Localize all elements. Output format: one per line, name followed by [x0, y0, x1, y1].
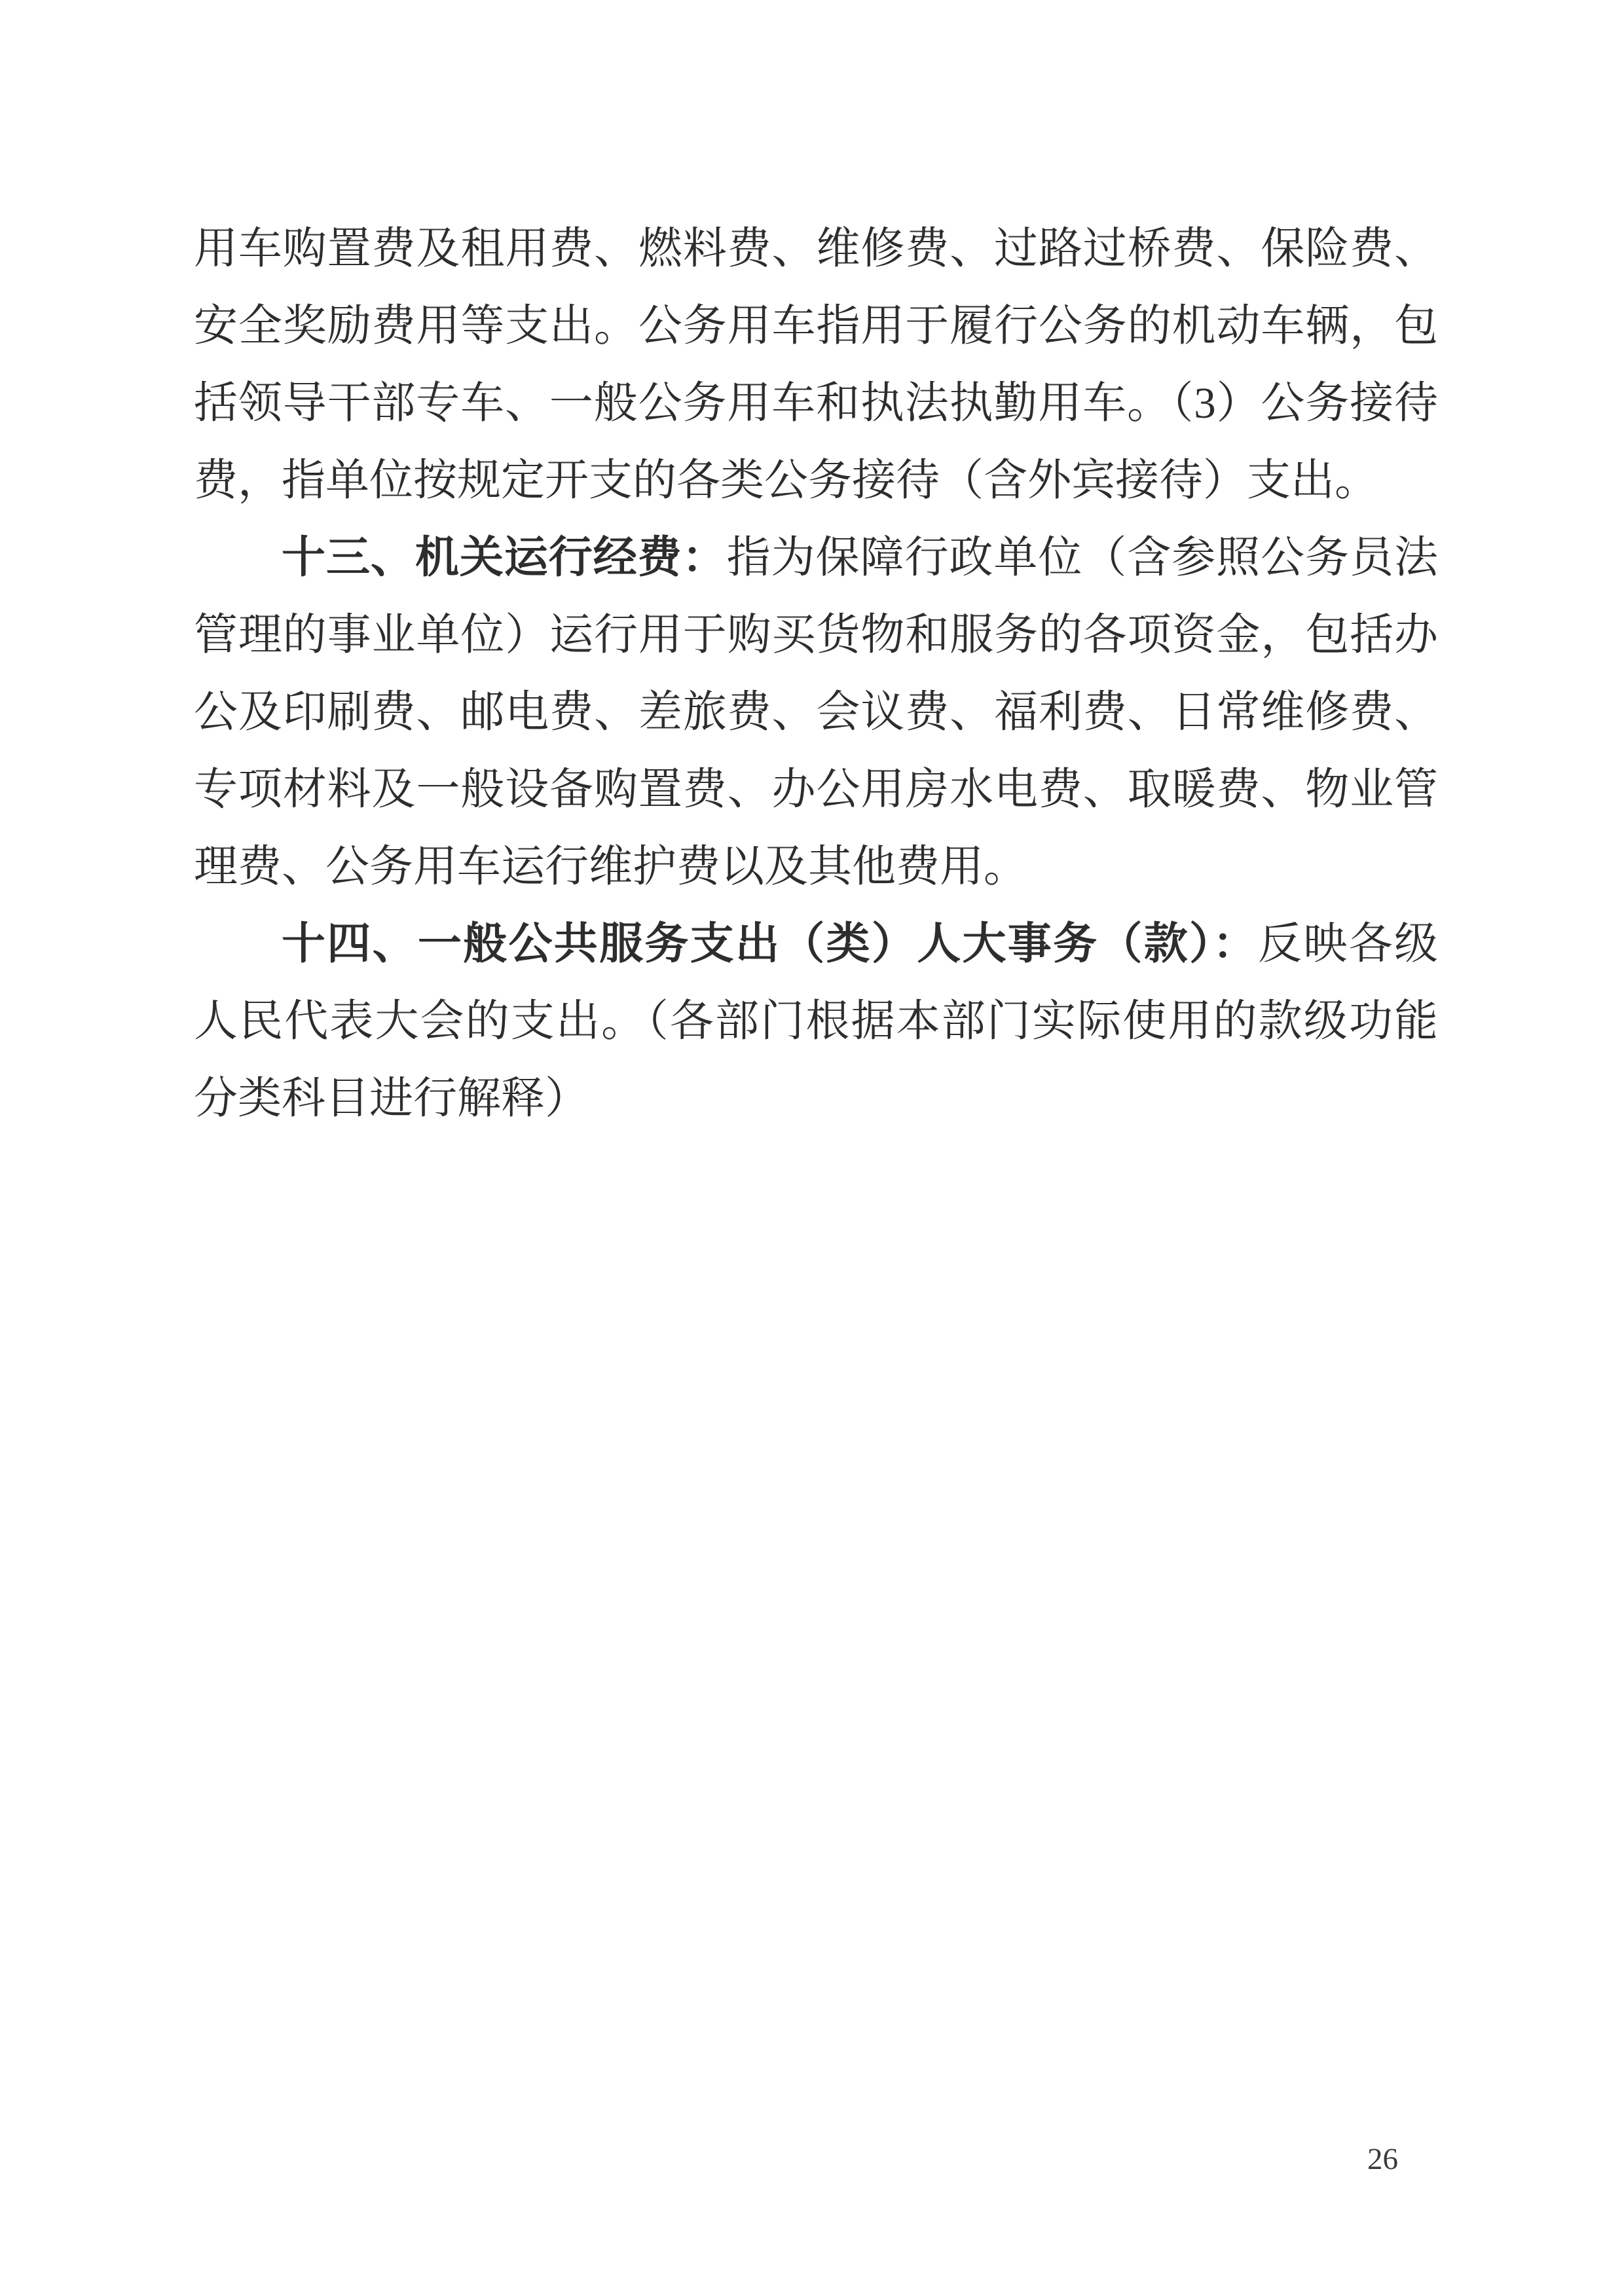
heading-segment: 十三、机关运行经费： [282, 534, 727, 582]
page-number: 26 [1367, 2142, 1398, 2176]
text-segment: 用车购置费及租用费、燃料费、维修费、过路过桥费、保险费、安全奖励费用等支出。公务… [194, 225, 1438, 505]
paragraph: 十四、一般公共服务支出（类）人大事务（款）：反映各级人民代表大会的支出。（各部门… [194, 905, 1438, 1137]
document-page: 用车购置费及租用费、燃料费、维修费、过路过桥费、保险费、安全奖励费用等支出。公务… [0, 0, 1624, 2296]
paragraph: 用车购置费及租用费、燃料费、维修费、过路过桥费、保险费、安全奖励费用等支出。公务… [194, 210, 1438, 519]
heading-segment: 十四、一般公共服务支出（类）人大事务（款）： [282, 920, 1258, 968]
text-segment: 指为保障行政单位（含参照公务员法管理的事业单位）运行用于购买货物和服务的各项资金… [194, 534, 1438, 891]
paragraph: 十三、机关运行经费：指为保障行政单位（含参照公务员法管理的事业单位）运行用于购买… [194, 519, 1438, 905]
document-body: 用车购置费及租用费、燃料费、维修费、过路过桥费、保险费、安全奖励费用等支出。公务… [194, 210, 1438, 1137]
